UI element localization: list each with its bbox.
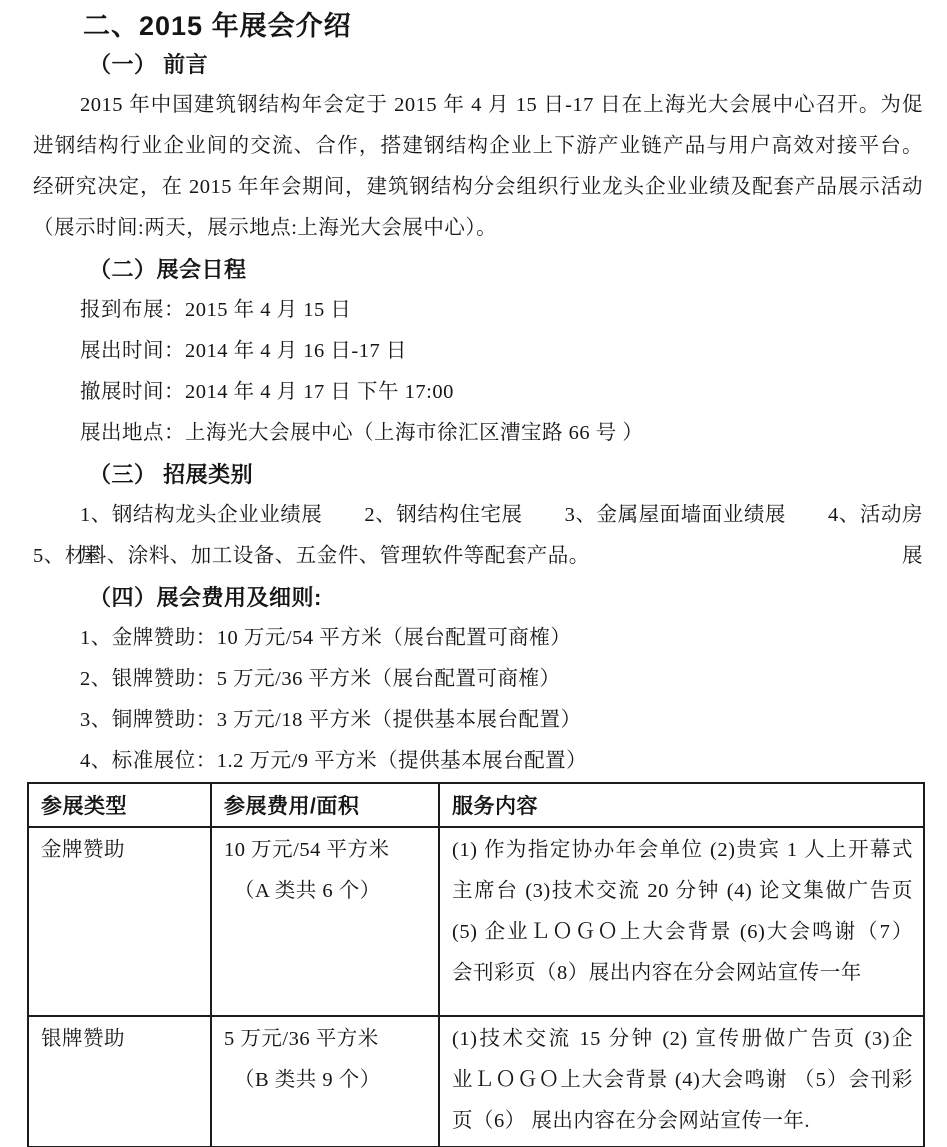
exhibition-fee-table: 参展类型 参展费用/面积 服务内容 金牌赞助 10 万元/54 平方米 （A 类… <box>27 782 925 1147</box>
gold-service-line: 主席台 (3)技术交流 20 分钟 (4) 论文集做广告页 <box>452 871 913 912</box>
gold-service-line: (5) 企业ＬＯＧＯ上大会背景 (6)大会鸣谢（7） <box>452 912 913 953</box>
table-header-row: 参展类型 参展费用/面积 服务内容 <box>28 783 924 827</box>
doc-title: 二、2015 年展会介绍 <box>0 0 947 44</box>
gold-type-cell: 金牌赞助 <box>28 827 211 1016</box>
header-exhibit-type: 参展类型 <box>28 783 211 827</box>
gold-services-cell: (1) 作为指定协办年会单位 (2)贵宾 1 人上开幕式 主席台 (3)技术交流… <box>439 827 924 1016</box>
silver-fee-line: （B 类共 9 个） <box>224 1060 428 1101</box>
silver-fee-line: 5 万元/36 平方米 <box>224 1019 428 1060</box>
table-row-gold: 金牌赞助 10 万元/54 平方米 （A 类共 6 个） (1) 作为指定协办年… <box>28 827 924 1016</box>
preface-line: 进钢结构行业企业间的交流、合作，搭建钢结构企业上下游产业链产品与用户高效对接平台… <box>33 126 923 167</box>
silver-service-line: (1)技术交流 15 分钟 (2) 宣传册做广告页 (3)企 <box>452 1019 913 1060</box>
section-heading-preface: （一） 前言 <box>33 44 923 85</box>
header-service-content: 服务内容 <box>439 783 924 827</box>
gold-fee-line: （A 类共 6 个） <box>224 871 428 912</box>
fees-line-silver: 2、银牌赞助：5 万元/36 平方米（展台配置可商榷） <box>33 659 923 700</box>
section-heading-fees: （四）展会费用及细则: <box>33 577 923 618</box>
preface-line: 经研究决定，在 2015 年年会期间，建筑钢结构分会组织行业龙头企业业绩及配套产… <box>33 167 923 208</box>
categories-line: 1、钢结构龙头企业业绩展 2、钢结构住宅展 3、金属屋面墙面业绩展 4、活动房屋… <box>33 495 923 536</box>
document-page: 二、2015 年展会介绍 （一） 前言 2015 年中国建筑钢结构年会定于 20… <box>0 0 947 1147</box>
gold-fee-line: 10 万元/54 平方米 <box>224 830 428 871</box>
section-heading-schedule: （二）展会日程 <box>33 249 923 290</box>
gold-fee-cell: 10 万元/54 平方米 （A 类共 6 个） <box>211 827 439 1016</box>
header-fee-area: 参展费用/面积 <box>211 783 439 827</box>
silver-service-line: 业ＬＯＧＯ上大会背景 (4)大会鸣谢 （5）会刊彩 <box>452 1060 913 1101</box>
schedule-line-exhibit-time: 展出时间：2014 年 4 月 16 日-17 日 <box>33 331 923 372</box>
doc-body: （一） 前言 2015 年中国建筑钢结构年会定于 2015 年 4 月 15 日… <box>33 44 923 782</box>
gold-type-label: 金牌赞助 <box>41 830 200 871</box>
schedule-line-checkin: 报到布展：2015 年 4 月 15 日 <box>33 290 923 331</box>
schedule-line-venue: 展出地点：上海光大会展中心（上海市徐汇区漕宝路 66 号 ） <box>33 413 923 454</box>
schedule-line-teardown-time: 撤展时间：2014 年 4 月 17 日 下午 17:00 <box>33 372 923 413</box>
preface-line: （展示时间:两天，展示地点:上海光大会展中心）。 <box>33 208 923 249</box>
fees-line-gold: 1、金牌赞助：10 万元/54 平方米（展台配置可商榷） <box>33 618 923 659</box>
table-row-silver: 银牌赞助 5 万元/36 平方米 （B 类共 9 个） (1)技术交流 15 分… <box>28 1016 924 1147</box>
gold-service-line: 会刊彩页（8）展出内容在分会网站宣传一年 <box>452 953 913 994</box>
gold-service-line: (1) 作为指定协办年会单位 (2)贵宾 1 人上开幕式 <box>452 830 913 871</box>
section-heading-categories: （三） 招展类别 <box>33 454 923 495</box>
silver-type-label: 银牌赞助 <box>41 1019 200 1060</box>
silver-fee-cell: 5 万元/36 平方米 （B 类共 9 个） <box>211 1016 439 1147</box>
silver-services-cell: (1)技术交流 15 分钟 (2) 宣传册做广告页 (3)企 业ＬＯＧＯ上大会背… <box>439 1016 924 1147</box>
fees-line-standard: 4、标准展位：1.2 万元/9 平方米（提供基本展台配置） <box>33 741 923 782</box>
silver-type-cell: 银牌赞助 <box>28 1016 211 1147</box>
fees-line-bronze: 3、铜牌赞助：3 万元/18 平方米（提供基本展台配置） <box>33 700 923 741</box>
silver-service-line: 页（6） 展出内容在分会网站宣传一年. <box>452 1101 913 1142</box>
preface-line: 2015 年中国建筑钢结构年会定于 2015 年 4 月 15 日-17 日在上… <box>33 85 923 126</box>
